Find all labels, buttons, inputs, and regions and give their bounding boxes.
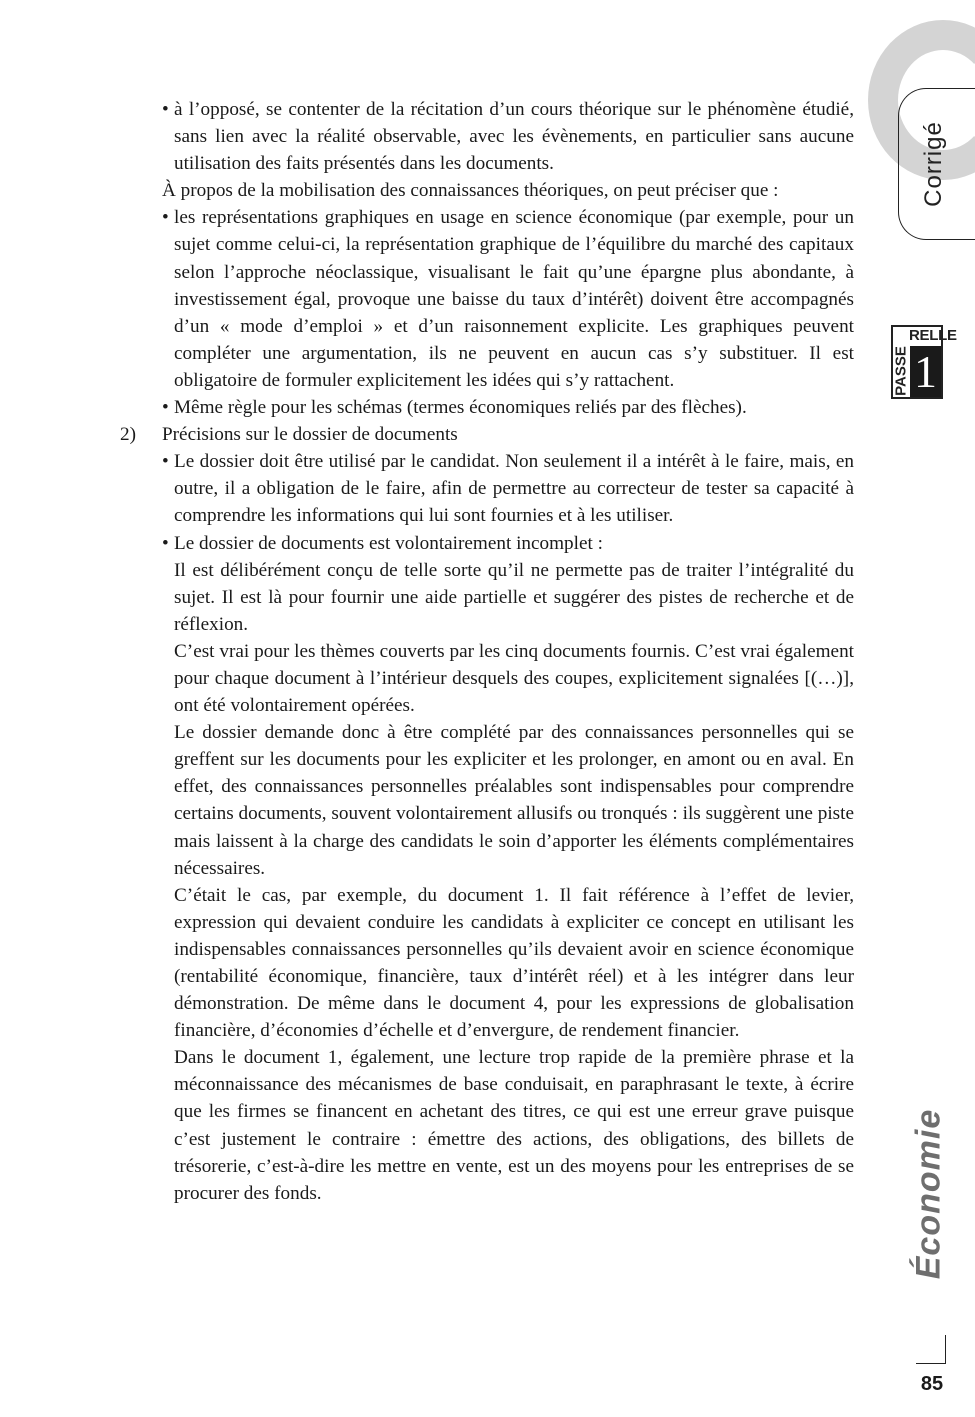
- bullet-icon: •: [162, 448, 169, 475]
- bullet-item: • les représentations graphiques en usag…: [162, 204, 854, 394]
- paragraph-text: Le dossier doit être utilisé par le cand…: [174, 451, 854, 526]
- page-number: 85: [916, 1373, 948, 1396]
- paragraph: À propos de la mobilisation des connaiss…: [162, 177, 854, 204]
- section-heading: 2) Précisions sur le dossier de document…: [162, 421, 854, 448]
- paragraph-text: Même règle pour les schémas (termes écon…: [174, 397, 747, 418]
- paragraph: C’est vrai pour les thèmes couverts par …: [162, 638, 854, 719]
- badge-top-text: RELLE: [909, 327, 957, 344]
- bullet-icon: •: [162, 204, 169, 231]
- bullet-item: • à l’opposé, se contenter de la récitat…: [162, 96, 854, 177]
- passerelle-1-badge: RELLE PASSE 1: [891, 325, 943, 399]
- section-number: 2): [120, 421, 136, 448]
- paragraph-text: les représentations graphiques en usage …: [174, 207, 854, 391]
- paragraph: Il est délibérément conçu de telle sorte…: [162, 557, 854, 638]
- bullet-item: • Le dossier doit être utilisé par le ca…: [162, 448, 854, 529]
- page-body: • à l’opposé, se contenter de la récitat…: [162, 96, 854, 1207]
- bullet-item: • Même règle pour les schémas (termes éc…: [162, 394, 854, 421]
- paragraph-text: Le dossier de documents est volontaireme…: [174, 533, 603, 554]
- badge-side-text: PASSE: [893, 346, 910, 396]
- paragraph: Dans le document 1, également, une lectu…: [162, 1044, 854, 1207]
- subject-label: Économie: [910, 1109, 949, 1279]
- badge-number: 1: [910, 346, 941, 397]
- page-corner-mark: [916, 1335, 946, 1364]
- section-title: Précisions sur le dossier de documents: [162, 424, 458, 445]
- section-label-corrige: Corrigé: [920, 121, 948, 207]
- bullet-item: • Le dossier de documents est volontaire…: [162, 530, 854, 557]
- bullet-icon: •: [162, 530, 169, 557]
- paragraph: Le dossier demande donc à être complété …: [162, 719, 854, 882]
- paragraph-text: à l’opposé, se contenter de la récitatio…: [174, 99, 854, 174]
- paragraph: C’était le cas, par exemple, du document…: [162, 882, 854, 1045]
- bullet-icon: •: [162, 96, 169, 123]
- bullet-icon: •: [162, 394, 169, 421]
